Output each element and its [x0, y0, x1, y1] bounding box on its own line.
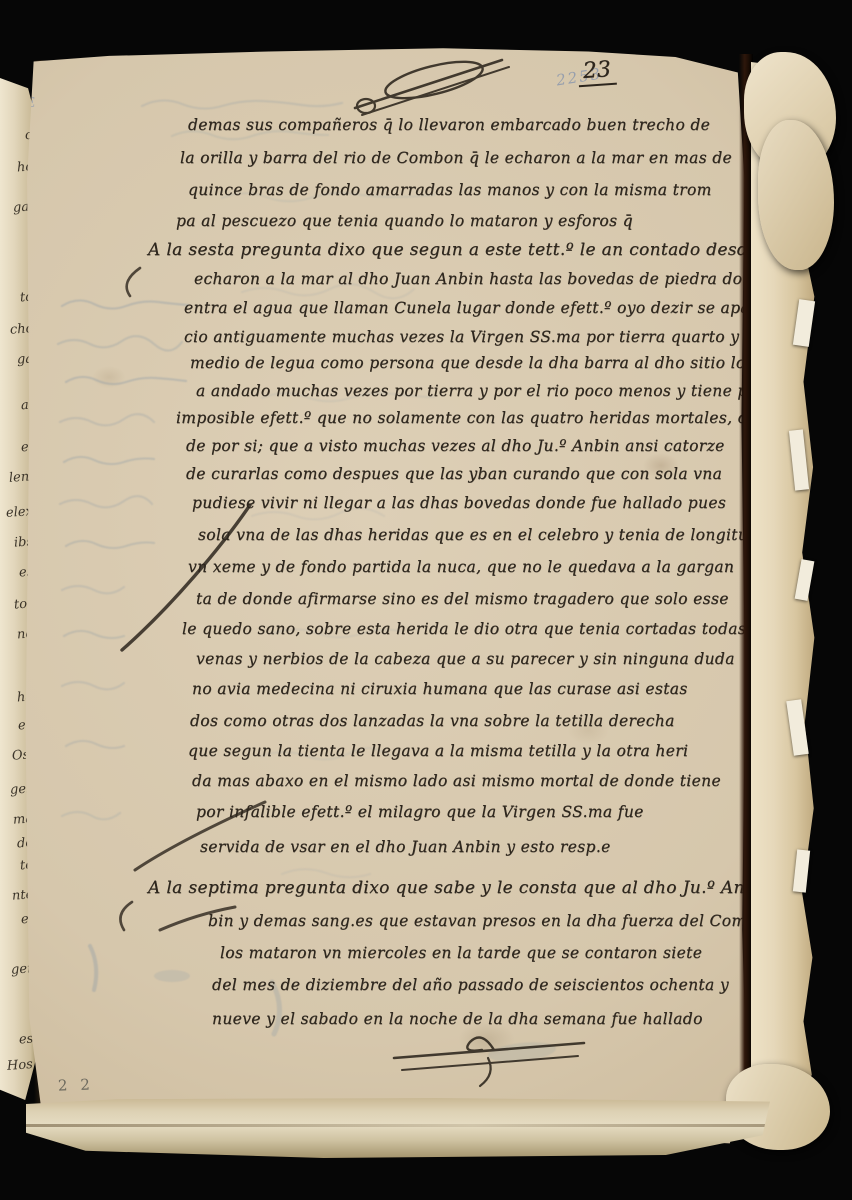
photo-backdrop: o ho ga. to cho ga al el len. elex ibs e… [0, 0, 852, 1200]
manuscript-line: la orilla y barra del rio de Combon q̄ l… [180, 149, 732, 167]
manuscript-line: medio de legua como persona que desde la… [190, 354, 746, 372]
manuscript-line: no avia medecina ni ciruxia humana que l… [192, 680, 688, 698]
under-pages-edge [26, 1098, 770, 1158]
pencil-page-number: 2 2 [58, 1075, 94, 1094]
manuscript-line: nueve y el sabado en la noche de la dha … [212, 1010, 703, 1028]
manuscript-line: a andado muchas vezes por tierra y por e… [196, 382, 765, 400]
manuscript-line: servida de vsar en el dho Juan Anbin y e… [200, 838, 611, 856]
margin-text-fragment: es [18, 1032, 33, 1048]
manuscript-line: demas sus compañeros q̄ lo llevaron emba… [188, 116, 710, 134]
manuscript-line: del mes de diziembre del año passado de … [212, 976, 729, 994]
manuscript-line: que segun la tienta le llegava a la mism… [188, 742, 688, 760]
rubric-flourish-bottom [394, 1038, 584, 1087]
rubric-flourish-top [355, 54, 509, 115]
page-gap-shadow [739, 54, 753, 1112]
margin-text-fragment: Hos [7, 1057, 34, 1074]
manuscript-line: le quedo sano, sobre esta herida le dio … [182, 620, 775, 638]
manuscript-line: cio antiguamente muchas vezes la Virgen … [184, 328, 739, 346]
manuscript-page: 2253 23 E 2 2 demas sus compañeros q̄ lo… [22, 46, 748, 1150]
manuscript-line: entra el agua que llaman Cunela lugar do… [184, 299, 767, 317]
manuscript-line: imposible efett.º que no solamente con l… [176, 409, 810, 427]
manuscript-line: dos como otras dos lanzadas la vna sobre… [190, 712, 675, 730]
manuscript-line: bin y demas sang.es que estavan presos e… [208, 912, 777, 930]
manuscript-line: echaron a la mar al dho Juan Anbin hasta… [194, 270, 773, 288]
manuscript-line: A la sesta pregunta dixo que segun a est… [148, 240, 819, 260]
manuscript-line: de por si; que a visto muchas vezes al d… [186, 437, 725, 455]
manuscript-line: pa al pescuezo que tenia quando lo matar… [176, 212, 633, 230]
folio-number: 23 [577, 57, 617, 88]
manuscript-line: venas y nerbios de la cabeza que a su pa… [196, 650, 735, 668]
manuscript-line: quince bras de fondo amarradas las manos… [188, 181, 712, 199]
manuscript-line: pudiese vivir ni llegar a las dhas boved… [192, 494, 726, 512]
manuscript-line: los mataron vn miercoles en la tarde que… [220, 944, 702, 962]
manuscript-line: de curarlas como despues que las yban cu… [186, 465, 722, 483]
manuscript-line: ta de donde afirmarse sino es del mismo … [196, 590, 729, 608]
manuscript-line: sola vna de las dhas heridas que es en e… [198, 526, 758, 544]
manuscript-line: por infalible efett.º el milagro que la … [196, 803, 644, 821]
manuscript-line: vn xeme y de fondo partida la nuca, que … [188, 558, 734, 576]
manuscript-line: A la septima pregunta dixo que sabe y le… [148, 878, 745, 898]
manuscript-line: da mas abaxo en el mismo lado asi mismo … [192, 772, 721, 790]
